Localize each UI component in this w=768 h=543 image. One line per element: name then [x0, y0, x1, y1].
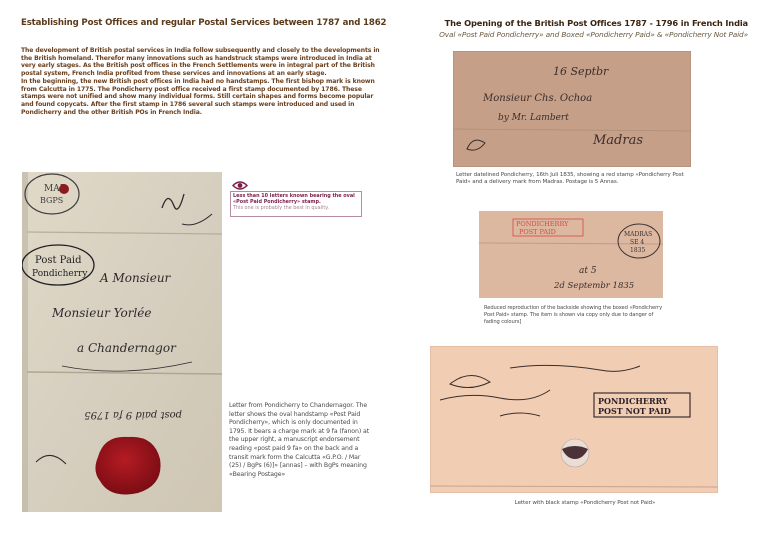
svg-text:at 5: at 5 [579, 266, 597, 276]
letter-caption-chandernagor: Letter from Pondicherry to Chandernagor.… [229, 402, 374, 479]
letter-caption-backside: Reduced reproduction of the backside sho… [484, 305, 664, 325]
letter-image-backside: PONDICHERRY POST PAID MADRAS SE 4 1835 a… [479, 211, 663, 298]
svg-text:2d Septembr 1835: 2d Septembr 1835 [553, 281, 634, 291]
letter-image-chandernagor: MAR BGPS Post Paid Pondicherry A Monsieu… [22, 172, 222, 512]
eye-icon [232, 176, 248, 187]
right-page-subtitle: Oval «Post Paid Pondicherry» and Boxed «… [368, 30, 748, 39]
svg-text:POST NOT PAID: POST NOT PAID [598, 406, 671, 416]
svg-text:Madras: Madras [592, 133, 643, 148]
svg-text:SE 4: SE 4 [630, 239, 644, 246]
intro-text: The development of British postal servic… [21, 47, 383, 116]
svg-text:by Mr. Lambert: by Mr. Lambert [498, 113, 569, 123]
svg-text:Pondicherry: Pondicherry [32, 269, 88, 279]
letter-image-madras-graphic: 16 Septbr Monsieur Chs. Ochoa by Mr. Lam… [453, 51, 691, 167]
rarity-note-remark: This one is probably the best in quality… [233, 205, 359, 211]
left-page-title: Establishing Post Offices and regular Po… [21, 18, 381, 28]
svg-text:Monsieur Yorlée: Monsieur Yorlée [51, 306, 152, 320]
intro-paragraph-1: The development of British postal servic… [21, 47, 383, 78]
letter-image-chandernagor-graphic: MAR BGPS Post Paid Pondicherry A Monsieu… [22, 172, 222, 512]
svg-text:16 Septbr: 16 Septbr [553, 65, 609, 78]
svg-text:Monsieur Chs. Ochoa: Monsieur Chs. Ochoa [482, 93, 592, 104]
rarity-note-highlight: Less than 10 letters known bearing the o… [233, 193, 359, 205]
letter-image-not-paid: PONDICHERRY POST NOT PAID [430, 346, 718, 493]
svg-text:PONDICHERRY: PONDICHERRY [516, 220, 569, 228]
rarity-note: Less than 10 letters known bearing the o… [230, 191, 362, 217]
svg-text:PONDICHERRY: PONDICHERRY [598, 396, 668, 406]
svg-text:MADRAS: MADRAS [624, 231, 652, 238]
svg-text:BGPS: BGPS [40, 196, 63, 205]
letter-caption-madras: Letter datelined Pondicherry, 16th Juli … [456, 172, 691, 186]
letter-caption-not-paid: Letter with black stamp «Pondicherry Pos… [460, 500, 710, 506]
letter-image-madras: 16 Septbr Monsieur Chs. Ochoa by Mr. Lam… [453, 51, 691, 167]
svg-text:POST PAID: POST PAID [519, 228, 556, 236]
letter-image-not-paid-graphic: PONDICHERRY POST NOT PAID [430, 346, 718, 493]
svg-text:Post Paid: Post Paid [35, 255, 82, 266]
intro-paragraph-2: In the beginning, the new British post o… [21, 78, 383, 117]
svg-text:A Monsieur: A Monsieur [99, 271, 172, 285]
svg-text:1835: 1835 [630, 247, 645, 254]
svg-text:post paid 9 fa 1795: post paid 9 fa 1795 [84, 409, 182, 420]
letter-image-backside-graphic: PONDICHERRY POST PAID MADRAS SE 4 1835 a… [479, 211, 663, 298]
right-page-title: The Opening of the British Post Offices … [388, 18, 748, 28]
svg-text:a Chandernagor: a Chandernagor [77, 341, 177, 355]
